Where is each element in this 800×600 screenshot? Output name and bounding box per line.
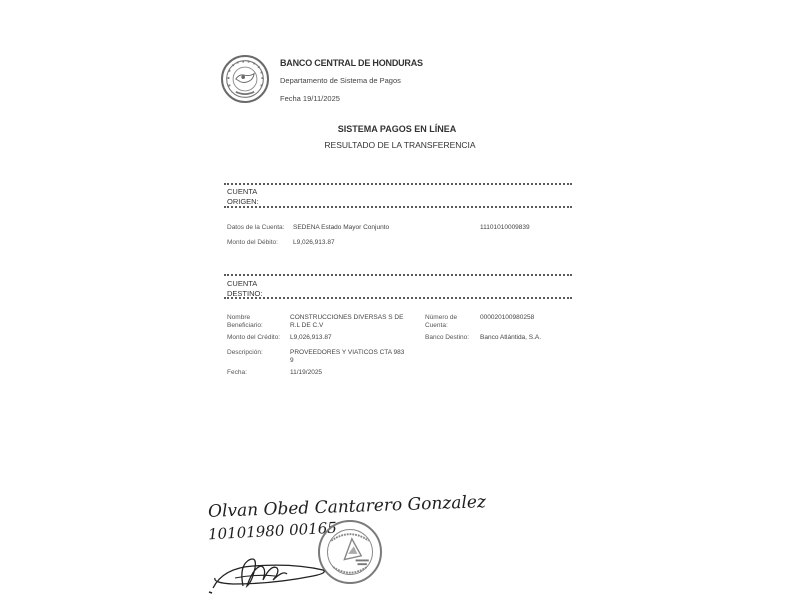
origin-account-number: 11101010009839	[480, 224, 530, 232]
account-data-label: Datos de la Cuenta:	[227, 224, 284, 232]
divider	[224, 297, 572, 299]
handwritten-signature-icon	[205, 548, 335, 598]
bank-name: BANCO CENTRAL DE HONDURAS	[280, 58, 423, 68]
destination-section-label: CUENTA DESTINO:	[227, 279, 262, 299]
origin-section-line1: CUENTA	[227, 187, 259, 197]
destination-section-line1: CUENTA	[227, 279, 262, 289]
origin-section-label: CUENTA ORIGEN:	[227, 187, 259, 207]
destination-bank-label: Banco Destino:	[425, 334, 469, 342]
result-title-text: RESULTADO DE LA TRANSFERENCIA	[324, 140, 475, 150]
account-number-label-line2: Cuenta:	[425, 322, 457, 330]
bank-seal-icon	[221, 55, 269, 103]
divider	[224, 206, 572, 208]
debit-value: L9,026,913.87	[293, 239, 335, 247]
beneficiary-value-line2: R.L DE C.V	[290, 322, 403, 330]
description-value-line2: 9	[290, 357, 404, 365]
department-name: Departamento de Sistema de Pagos	[280, 76, 401, 85]
destination-account-number: 000020100980258	[480, 314, 534, 322]
account-number-label-line1: Número de	[425, 314, 457, 322]
beneficiary-label-line1: Nombre	[227, 314, 263, 322]
beneficiary-label-line2: Beneficiario:	[227, 322, 263, 330]
beneficiary-value-line1: CONSTRUCCIONES DIVERSAS S DE	[290, 314, 403, 322]
beneficiary-label: Nombre Beneficiario:	[227, 314, 263, 330]
system-title-text: SISTEMA PAGOS EN LÍNEA	[338, 124, 457, 134]
description-label: Descripción:	[227, 349, 263, 357]
account-number-label: Número de Cuenta:	[425, 314, 457, 330]
result-title: RESULTADO DE LA TRANSFERENCIA	[0, 140, 800, 150]
handwritten-id: 10101980 00165	[208, 519, 338, 544]
divider	[224, 183, 572, 185]
header-date: Fecha 19/11/2025	[280, 94, 340, 103]
system-title: SISTEMA PAGOS EN LÍNEA	[0, 124, 800, 134]
date-label: Fecha:	[227, 369, 247, 377]
date-value: 11/19/2025	[290, 369, 322, 377]
beneficiary-value: CONSTRUCCIONES DIVERSAS S DE R.L DE C.V	[290, 314, 403, 330]
description-value: PROVEEDORES Y VIATICOS CTA 983 9	[290, 349, 404, 365]
credit-label: Monto del Crédito:	[227, 334, 280, 342]
credit-value: L9,026,913.87	[290, 334, 332, 342]
handwritten-name: Olvan Obed Cantarero Gonzalez	[208, 492, 486, 522]
account-data-value: SEDENA Estado Mayor Conjunto	[293, 224, 389, 232]
divider	[224, 274, 572, 276]
destination-bank-value: Banco Atlántida, S.A.	[480, 334, 541, 342]
debit-label: Monto del Débito:	[227, 239, 278, 247]
description-value-line1: PROVEEDORES Y VIATICOS CTA 983	[290, 349, 404, 357]
